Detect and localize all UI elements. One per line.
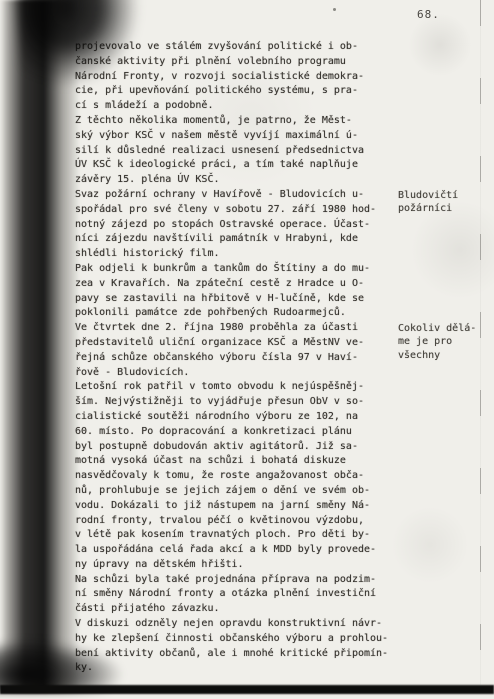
margin-note-bludovicti-pozarnici: Bludovičtípožárníci bbox=[398, 189, 490, 215]
text-line: Ve čtvrtek dne 2. října 1980 proběhla za… bbox=[75, 321, 405, 336]
margin-note-line: Cokoliv dělá- bbox=[398, 322, 490, 335]
document-page: 68. projevovalo ve stálém zvyšování poli… bbox=[0, 0, 494, 699]
text-line: vodu. Dokázali to již nástupem na jarní … bbox=[75, 499, 405, 514]
text-line: Pak odjeli k bunkrům a tankům do Štítiny… bbox=[75, 262, 405, 277]
text-line: řově - Bludovicích. bbox=[75, 366, 405, 381]
text-line: nů, prohlubuje se jejich zájem o dění ve… bbox=[75, 484, 405, 499]
margin-note-line: požárníci bbox=[398, 202, 490, 215]
text-line: ní směny Národní fronty a otázka plnění … bbox=[75, 587, 405, 602]
text-line: spořádal pro své členy v sobotu 27. září… bbox=[75, 203, 405, 218]
text-line: poklonili památce zde pohřbených Rudoarm… bbox=[75, 306, 405, 321]
text-line: v létě pak kosením travnatých ploch. Pro… bbox=[75, 528, 405, 543]
text-line: řejná schůze občanského výboru čísla 97 … bbox=[75, 351, 405, 366]
margin-note-line: všechny bbox=[398, 349, 490, 362]
scan-speck bbox=[333, 8, 336, 11]
text-line: nasvědčovaly k tomu, že roste angažovano… bbox=[75, 469, 405, 484]
text-line: zea v Kravařích. Na zpáteční cestě z Hra… bbox=[75, 277, 405, 292]
text-line: shlédli historický film. bbox=[75, 247, 405, 262]
text-line: silí k důsledné realizaci usnesení předs… bbox=[75, 144, 405, 159]
text-line: la uspořádána celá řada akcí a k MDD byl… bbox=[75, 543, 405, 558]
text-line: cí s mládeží a podobně. bbox=[75, 99, 405, 114]
text-line: Z těchto několika momentů, je patrno, že… bbox=[75, 114, 405, 129]
text-line: ky. bbox=[75, 661, 405, 676]
margin-note-line: Bludovičtí bbox=[398, 189, 490, 202]
binding-shadow bbox=[0, 0, 80, 692]
text-line: Národní Fronty, v rozvoji socialistické … bbox=[75, 70, 405, 85]
text-line: hy ke zlepšení činnosti občanského výbor… bbox=[75, 632, 405, 647]
text-line: cialistické soutěži národního výboru ze … bbox=[75, 410, 405, 425]
text-line: 60. místo. Po dopracování a konkretizaci… bbox=[75, 425, 405, 440]
text-line: Na schůzi byla také projednána příprava … bbox=[75, 573, 405, 588]
body-text: projevovalo ve stálém zvyšování politick… bbox=[75, 40, 405, 676]
page-number: 68. bbox=[417, 8, 440, 21]
text-line: části přijatého závazku. bbox=[75, 602, 405, 617]
text-line: ÚV KSČ k ideologické práci, a tím také n… bbox=[75, 158, 405, 173]
text-line: rodní fronty, trvalou péčí o květinovou … bbox=[75, 514, 405, 529]
text-line: cie, při upevňování politického systému,… bbox=[75, 84, 405, 99]
text-line: byl postupně dobudován aktiv agitátorů. … bbox=[75, 440, 405, 455]
text-line: ny úpravy na dětském hřišti. bbox=[75, 558, 405, 573]
text-line: ším. Nejvýstižněji to vyjádřuje přesun O… bbox=[75, 395, 405, 410]
bottom-scan-bar bbox=[0, 685, 494, 694]
text-line: pavy se zastavili na hřbitově v H-lučíně… bbox=[75, 292, 405, 307]
text-line: ský výbor KSČ v našem městě vyvíjí maxim… bbox=[75, 129, 405, 144]
text-line: projevovalo ve stálém zvyšování politick… bbox=[75, 40, 405, 55]
text-line: V diskuzi odzněly nejen opravdu konstruk… bbox=[75, 617, 405, 632]
text-line: motná vysoká účast na schůzi i bohatá di… bbox=[75, 454, 405, 469]
text-line: notný zájezd po stopách Ostravské operac… bbox=[75, 218, 405, 233]
text-line: bení aktivity občanů, ale i mnohé kritic… bbox=[75, 647, 405, 662]
text-line: Letošní rok patřil v tomto obvodu k nejú… bbox=[75, 380, 405, 395]
text-line: představitelů uliční organizace KSČ a Mě… bbox=[75, 336, 405, 351]
text-line: čanské aktivity při plnění volebního pro… bbox=[75, 55, 405, 70]
margin-note-line: me je pro bbox=[398, 335, 490, 348]
text-line: níci zájezdu navštívili památník v Hraby… bbox=[75, 232, 405, 247]
text-line: závěry 15. pléna ÚV KSČ. bbox=[75, 173, 405, 188]
margin-note-cokoliv-delame: Cokoliv dělá-me je provšechny bbox=[398, 322, 490, 362]
text-line: Svaz požární ochrany v Havířově - Bludov… bbox=[75, 188, 405, 203]
